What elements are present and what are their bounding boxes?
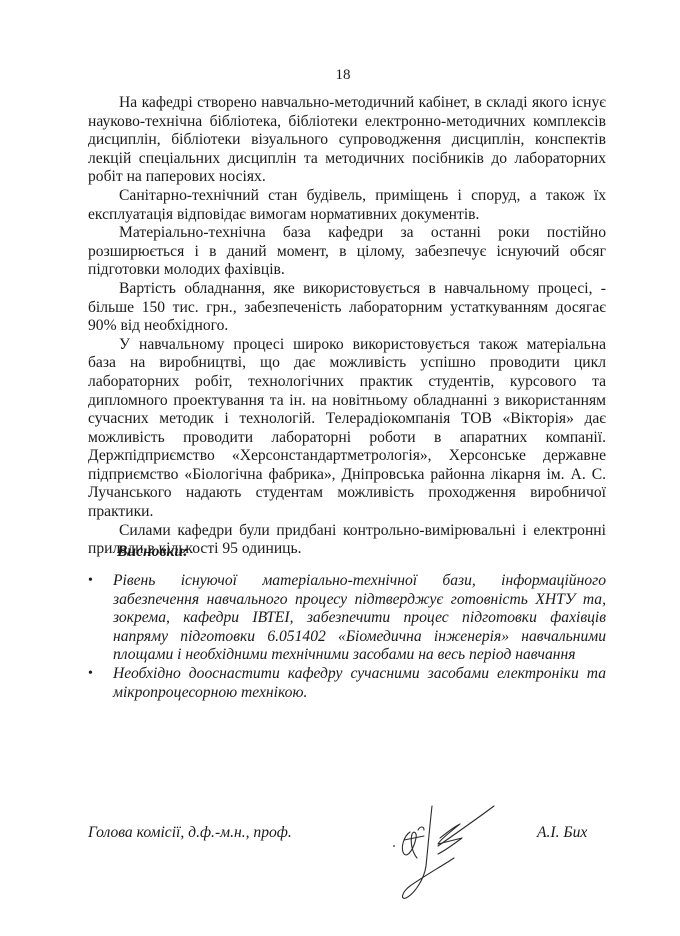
- bullet-icon: •: [88, 572, 93, 591]
- paragraph-sanitary-condition: Санітарно-технічний стан будівель, примі…: [88, 187, 606, 224]
- paragraph-equipment-cost: Вартість обладнання, яке використовуєтьс…: [88, 280, 606, 336]
- conclusion-text: Необхідно дооснастити кафедру сучасними …: [113, 665, 606, 701]
- page-number: 18: [0, 66, 680, 84]
- paragraph-material-base: Матеріально-технічна база кафедри за ост…: [88, 224, 606, 280]
- conclusions-list: • Рівень існуючої матеріально-технічної …: [88, 572, 606, 702]
- signature-block: Голова комісії, д.ф.-м.н., проф. А.І. Би…: [88, 824, 608, 844]
- handwritten-signature-icon: [390, 800, 500, 902]
- conclusion-text: Рівень існуючої матеріально-технічної ба…: [113, 572, 606, 663]
- paragraph-methodical-cabinet: На кафедрі створено навчально-методичний…: [88, 94, 606, 187]
- paragraph-industry-base: У навчальному процесі широко використову…: [88, 336, 606, 522]
- conclusions-heading: Висновки:: [117, 543, 188, 561]
- body-text: На кафедрі створено навчально-методичний…: [88, 94, 606, 559]
- conclusion-item: • Необхідно дооснастити кафедру сучасним…: [88, 665, 606, 702]
- signatory-title: Голова комісії, д.ф.-м.н., проф.: [88, 824, 292, 842]
- signatory-name: А.І. Бих: [537, 824, 587, 842]
- bullet-icon: •: [88, 665, 93, 684]
- conclusion-item: • Рівень існуючої матеріально-технічної …: [88, 572, 606, 665]
